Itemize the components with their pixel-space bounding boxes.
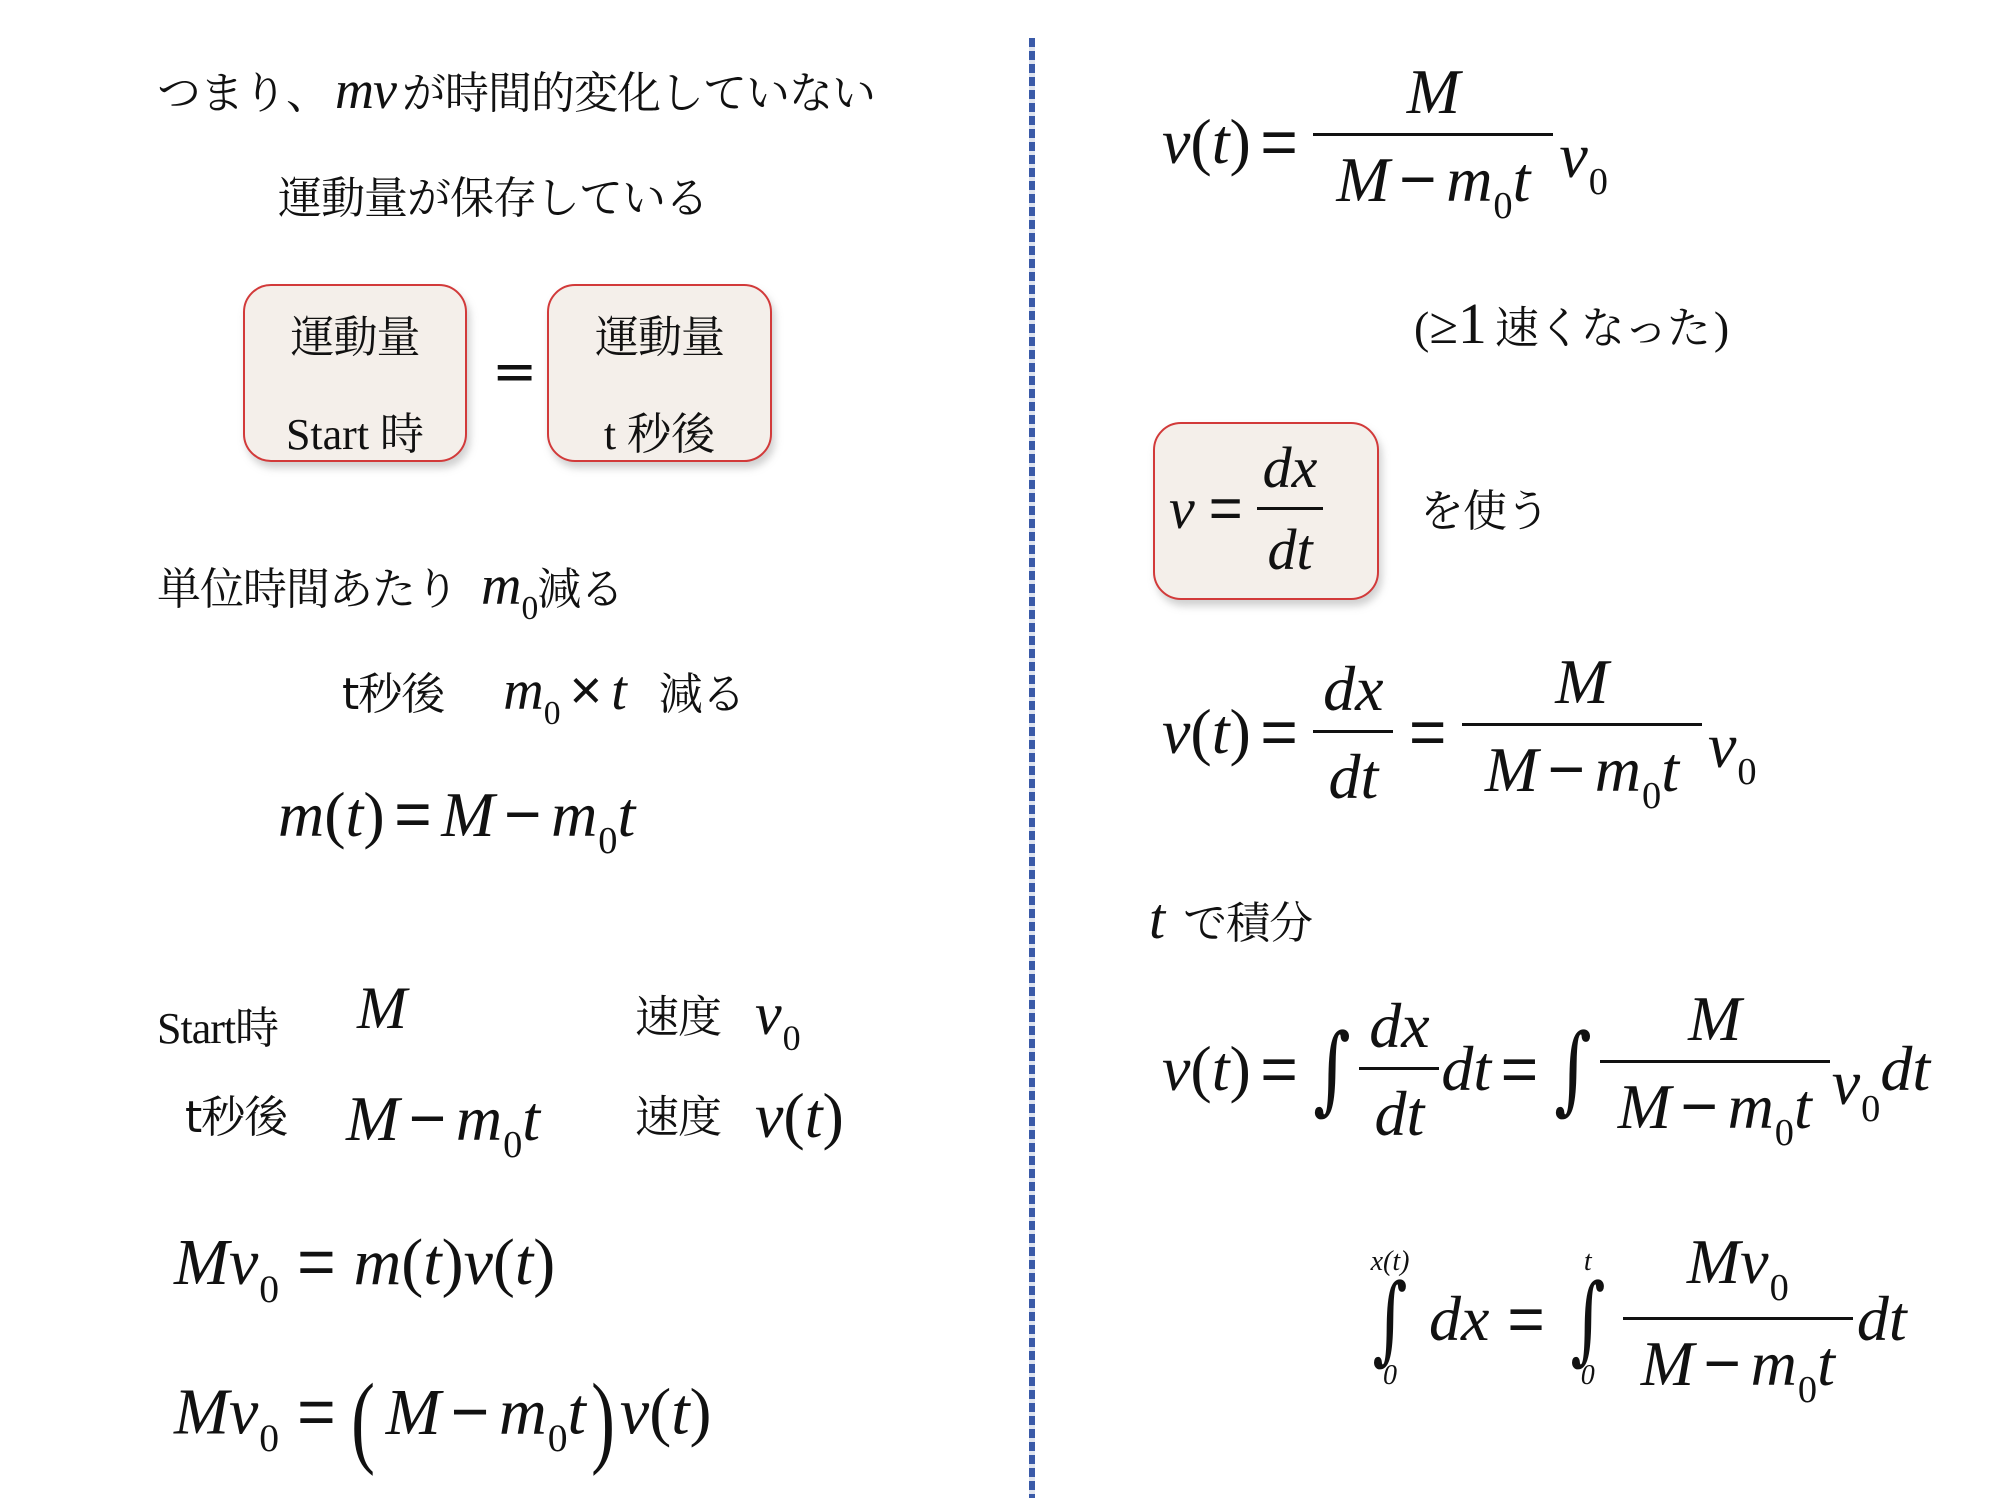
box-start-title: 運動量 [245,316,465,360]
momentum-start-box: 運動量 Start 時 [243,284,467,462]
start-state-row: Start時 M 速度 v0 [157,986,857,1046]
speedup-note: (≥1速くなった) [1414,290,1729,357]
start-speed: v0 [755,984,801,1056]
after-mass: M−m0t [346,1086,540,1165]
start-label: Start時 [157,992,278,1056]
integral-sign: ∫ [1314,1021,1352,1117]
momentum-symbol: mv [335,60,396,120]
mass-loss-per-unit-time: 単位時間あたり m0減る [157,558,623,626]
start-speed-label: 速度 [635,996,721,1040]
integral-equation-2: x(t) ∫ 0 dx = t ∫ 0 Mv0 M−m0t dt [1365,1228,1907,1410]
use-label: を使う [1420,490,1549,534]
statement-suffix: が時間的変化していない [402,68,875,119]
box-after-subtitle: t 秒後 [549,398,770,462]
momentum-after-box: 運動量 t 秒後 [547,284,772,462]
mass-equation: m(t)=M−m0t [278,782,635,861]
velocity-equation: v(t)= M M−m0t v0 [1162,58,1608,227]
column-divider [1029,38,1035,1498]
box-after-title: 運動量 [549,316,770,360]
mass-ratio-fraction: M M−m0t [1313,58,1553,227]
statement-line-2: 運動量が保存している [278,177,708,221]
statement-prefix: つまり、 [157,68,329,119]
statement-line-1: つまり、mvが時間的変化していない [157,63,875,117]
box-equals-sign: = [492,340,537,403]
definite-integral-t: t ∫ 0 [1563,1248,1613,1390]
mass-loss-expression: m0×t [503,660,626,722]
definite-integral-x: x(t) ∫ 0 [1365,1248,1415,1390]
integral-equation-1: v(t)= ∫ dx dt dt = ∫ M M−m0t v0dt [1162,985,1930,1154]
box-start-subtitle: Start 時 [245,398,465,462]
integral-sign: ∫ [1554,1021,1592,1117]
after-label: t秒後 [185,1096,287,1140]
after-speed: v(t) [755,1084,844,1148]
integrate-label: tで積分 [1149,890,1312,948]
mass-loss-after-t: t秒後 m0×t 減る [342,662,745,731]
momentum-equation-2: Mv0=(M−m0t)v(t) [174,1370,712,1472]
start-mass: M [357,978,407,1038]
after-state-row: t秒後 M−m0t 速度 v(t) [157,1088,877,1158]
momentum-equation-1: Mv0=m(t)v(t) [174,1228,555,1309]
velocity-equation-2: v(t)= dx dt = M M−m0t v0 [1162,648,1757,817]
after-speed-label: 速度 [635,1096,721,1140]
velocity-definition-box: v= dx dt [1153,422,1379,600]
mass-rate-symbol: m0 [481,555,537,617]
